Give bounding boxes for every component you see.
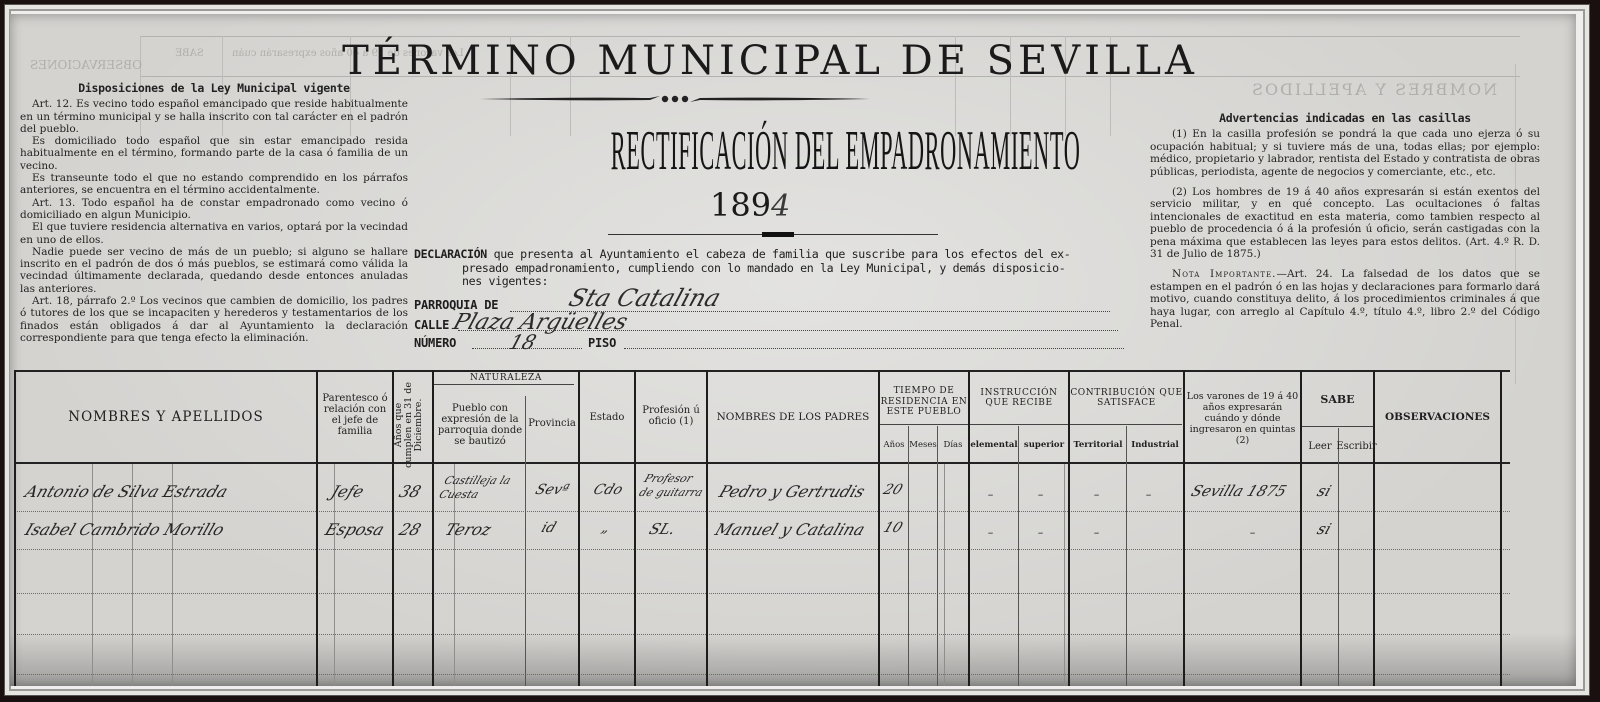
instruccion-rule [968,424,1182,425]
table-right-border [1500,370,1502,686]
row2-territorial: – [1092,526,1102,539]
header-pueblo: Pueblo con expresión de la parroquia don… [436,388,524,462]
column-divider [908,426,909,686]
census-table: NOMBRES Y APELLIDOS Parentesco ó relació… [14,370,1510,686]
legal-paragraph: Art. 18, párrafo 2.º Los vecinos que cam… [20,295,408,344]
row-separator [14,593,1510,594]
row1-superior: – [1036,488,1046,501]
nota-importante: Nota Importante.—Art. 24. La falsedad de… [1150,268,1540,330]
row1-elemental: – [986,488,996,501]
row-separator [14,674,1510,675]
row2-estado: „ [599,520,612,536]
header-profesion: Profesión ú oficio (1) [636,376,706,456]
ghost-sabe: SABE [175,48,204,59]
census-document: OBSERVACIONES SABE Los varones de 19 á 4… [10,14,1576,686]
header-naturaleza: NATURALEZA [434,372,578,384]
row1-residencia-anos: 20 [881,482,905,498]
ley-municipal-panel: Disposiciones de la Ley Municipal vigent… [20,82,408,344]
sabe-rule [1300,426,1373,427]
row2-profesion: SL. [647,520,679,538]
declaration-line: que presenta al Ayuntamiento el cabeza d… [487,247,1070,261]
declaration-lead: DECLARACIÓN [414,247,487,261]
row2-pueblo: Teroz [443,520,495,539]
header-tiempo-meses: Meses [909,428,937,462]
ornament-divider [480,94,870,104]
piso-line [624,348,1124,349]
ley-municipal-heading: Disposiciones de la Ley Municipal vigent… [20,82,408,94]
header-leer: Leer [1302,430,1338,462]
row1-pueblo: Castilleja la Cuesta [437,474,527,502]
row1-provincia: Sevª [533,482,571,498]
legal-paragraph: El que tuviere residencia alternativa en… [20,221,408,246]
row1-parentesco: Jefe [329,482,367,501]
legal-paragraph: Nadie puede ser vecino de más de un pueb… [20,246,408,295]
header-escribir: Escribir [1340,430,1373,462]
column-divider [432,370,434,686]
row1-territorial: – [1092,488,1102,501]
nota-label: Nota Importante. [1172,268,1277,280]
row1-quintas: Sevilla 1875 [1189,482,1289,500]
column-divider [1018,426,1019,686]
declaration-text: DECLARACIÓN que presenta al Ayuntamiento… [414,248,1134,289]
calle-label: CALLE [414,318,449,332]
tiempo-rule [878,424,968,425]
ghost-nombres: NOMBRES Y APELLIDOS [1250,80,1497,99]
numero-label: NÚMERO [414,336,456,350]
header-superior: superior [1020,428,1068,462]
header-observaciones: OBSERVACIONES [1375,372,1500,462]
declaration-line: presado empadronamiento, cumpliendo con … [414,262,1134,276]
row2-elemental: – [986,526,996,539]
title-rule-accent [762,232,794,237]
row2-quintas: – [1248,526,1258,539]
legal-paragraph: Art. 13. Todo español ha de constar empa… [20,197,408,222]
piso-label: PISO [588,336,616,350]
advertencia-paragraph: (2) Los hombres de 19 á 40 años expresar… [1150,186,1540,260]
row2-anos: 28 [397,520,424,539]
row-separator [14,549,1510,550]
row2-residencia-anos: 10 [881,520,905,536]
header-padres: NOMBRES DE LOS PADRES [708,372,878,462]
declaration-line: nes vigentes: [414,275,1134,289]
header-bottom-rule [14,462,1510,464]
column-divider [937,426,938,686]
row2-superior: – [1036,526,1046,539]
header-tiempo: TIEMPO DE RESIDENCIA EN ESTE PUEBLO [880,380,968,424]
row1-profesion: Profesor de guitarra [637,472,711,500]
row2-parentesco: Esposa [323,520,387,539]
year-printed: 189 [710,186,771,224]
year-handwritten: 4 [771,189,790,224]
legal-paragraph: Es domiciliado todo español que sin esta… [20,135,408,172]
header-varones: Los varones de 19 á 40 años expresarán c… [1185,374,1300,462]
advertencias-panel: Advertencias indicadas en las casillas (… [1150,112,1540,339]
page-title: TÉRMINO MUNICIPAL DE SEVILLA [300,38,1240,84]
parroquia-value: Sta Catalina [565,284,724,312]
header-instruccion: INSTRUCCIÓN QUE RECIBE [970,378,1068,418]
header-tiempo-dias: Días [938,428,968,462]
column-divider [1338,428,1339,686]
header-tiempo-anos: Años [880,428,908,462]
column-divider [1126,426,1127,686]
column-divider [525,396,526,686]
document-year: 1894 [710,186,790,224]
header-sabe: SABE [1302,374,1373,424]
header-territorial: Territorial [1070,428,1126,462]
row2-provincia: id [539,520,558,536]
row-separator [14,511,1510,512]
header-estado: Estado [580,372,634,462]
row1-nombre: Antonio de Silva Estrada [23,482,231,501]
ghost-rule [140,36,1520,37]
row1-estado: Cdo [591,482,625,498]
row-separator [14,634,1510,635]
header-elemental: elemental [970,428,1018,462]
row2-nombre: Isabel Cambrido Morillo [23,520,227,539]
header-nombres: NOMBRES Y APELLIDOS [16,372,316,462]
advertencias-heading: Advertencias indicadas en las casillas [1150,112,1540,124]
row2-padres: Manuel y Catalina [713,520,868,539]
header-contribucion: CONTRIBUCIÓN QUE SATISFACE [1070,378,1183,418]
calle-value: Plaza Argüelles [450,310,631,335]
document-subtitle: RECTIFICACIÓN DEL EMPADRONAMIENTO [611,118,940,183]
header-provincia: Provincia [527,388,577,458]
row1-anos: 38 [397,482,424,501]
guide-line [1064,464,1065,686]
legal-paragraph: Art. 12. Es vecino todo español emancipa… [20,98,408,135]
row1-industrial: – [1144,488,1154,501]
advertencia-paragraph: (1) En la casilla profesión se pondrá la… [1150,128,1540,178]
row1-padres: Pedro y Gertrudis [717,482,868,501]
row2-leer: si [1315,520,1334,538]
header-parentesco: Parentesco ó relación con el jefe de fam… [318,380,392,450]
ghost-observaciones: OBSERVACIONES [30,58,142,72]
naturaleza-rule [434,384,574,385]
guide-line [944,464,945,686]
header-industrial: Industrial [1127,428,1183,462]
header-anos: Años que cumplen en 31 de Diciembre. [394,382,428,468]
legal-paragraph: Es transeunte todo el que no estando com… [20,172,408,197]
row1-leer: si [1315,482,1334,500]
